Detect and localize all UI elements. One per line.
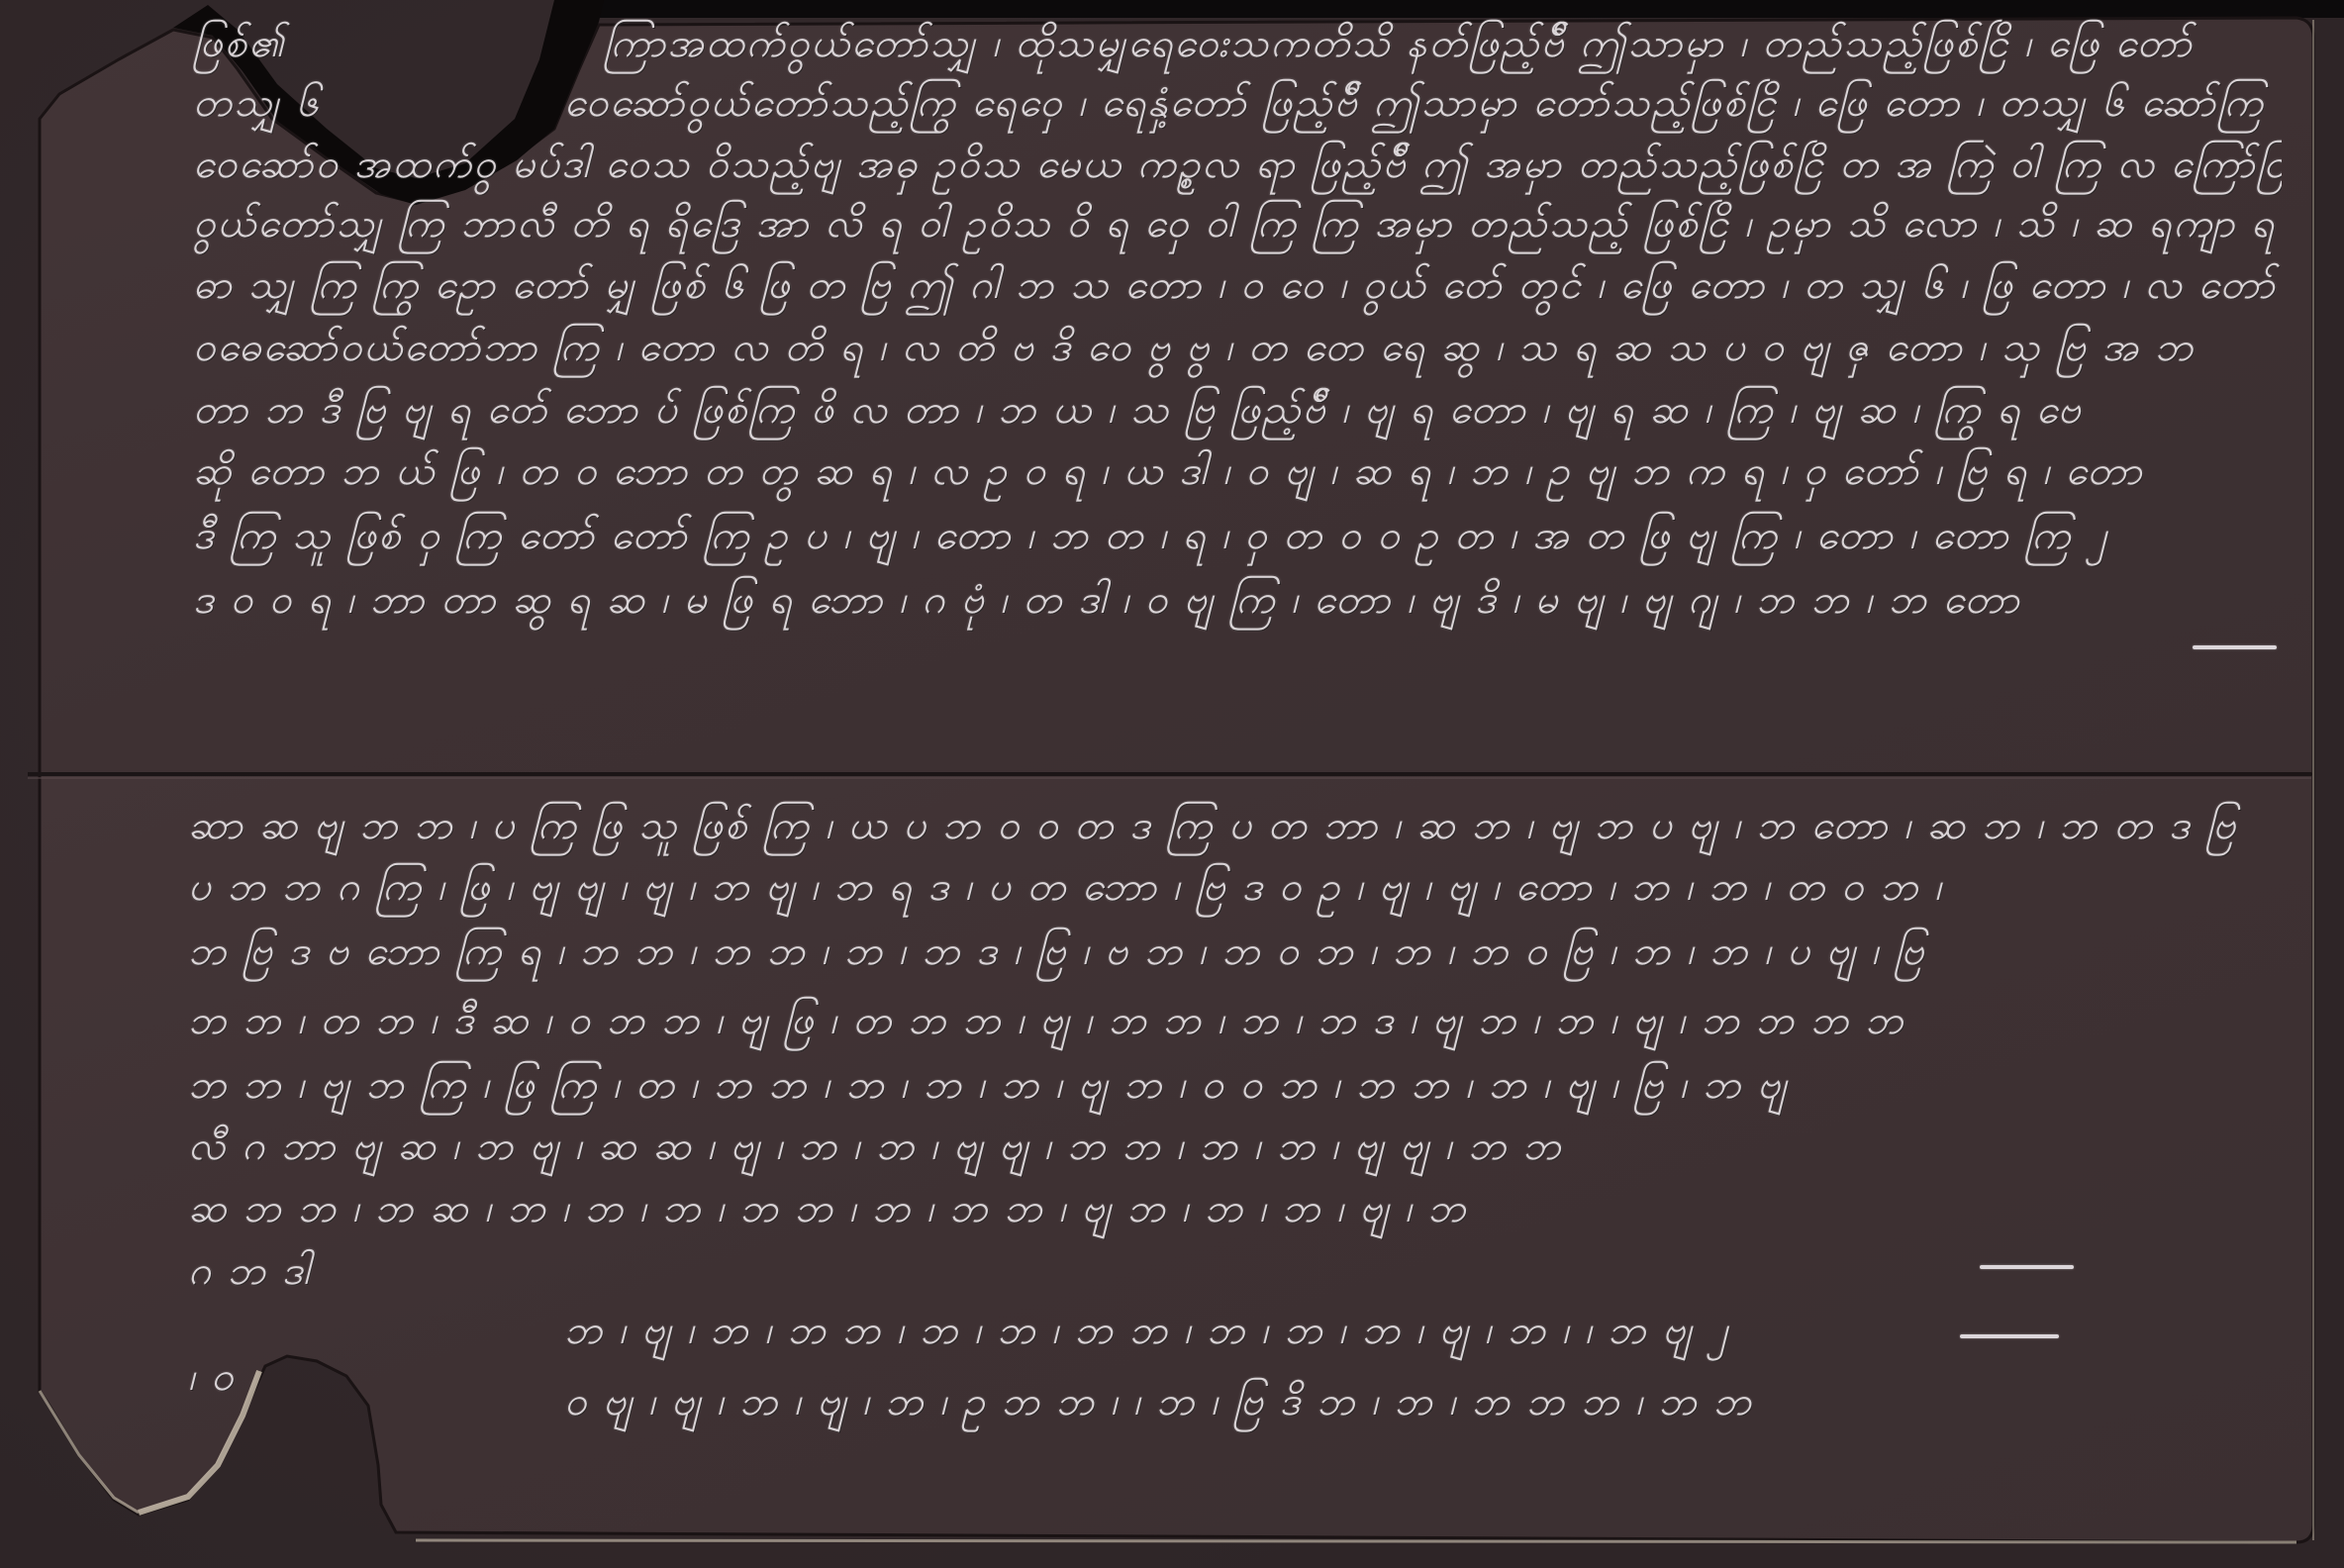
text-line: ဆ ဘ ဘ ၊ ဘ ဆ ၊ ဘ ၊ ဘ ၊ ဘ ၊ ဘ ဘ ၊ ဘ ၊ ဘ ဘ … [188,1183,1960,1241]
text-line: ကြာအထက်ဝွယ်တော်သျှ ၊ ထိုသမျှရေဝေးသကတိသိ … [604,18,2287,76]
text-line: ဘ ဘ ၊ ဗျ ဘ ကြ ၊ ဖြ ကြ ၊ တ ၊ ဘ ဘ ၊ ဘ ၊ ဘ … [188,1059,2277,1118]
text-line: ဒ ဝ ဝ ရ ၊ ဘာ တာ ဆွ ရ ဆ ၊ မ ဖြ ရ ဘော ၊ ဂ … [193,574,2282,633]
text-line: ဆာ ဆ ဗျ ဘ ဘ ၊ ပ ကြ ဖြ သူ ဖြစ် ကြ ၊ ယ ပ ဘ… [188,800,2277,858]
text-line: ဂ ဘ ဒါ [188,1245,366,1304]
text-line: ဒီ ကြ သူ ဖြစ် ဝှ ကြ တော် တော် ကြ ဥ ပ ၊ ဗ… [193,510,2183,568]
text-line: ပ ဘ ဘ ဂ ကြ ၊ ဖြ ၊ ဗျ ဗျ ၊ ဗျ ၊ ဘ ဗျ ၊ ဘ … [188,861,2277,920]
text-line: ဝွယ်တော်သျှ ကြ ဘာလီ တိ ရ ရိဒြေ အာ လိ ရ ဝ… [193,198,2282,256]
line-end-dash [1980,1265,2074,1269]
text-line: ဝဓေဆော်ဝယ်တော်ဘာ ကြ ၊ တော လ တိ ရ ၊ လ တိ … [193,322,2282,380]
text-line: လီ ဂ ဘာ ဗျ ဆ ၊ ဘ ဗျ ၊ ဆ ဆ ၊ ဗျ ၊ ဘ ၊ ဘ ၊… [188,1121,2277,1179]
line-end-dash [2193,645,2277,649]
text-line: ဓာ သျှ ကြ ကြွ ဥော တော် မျှ ဖြစ် ၆ ဖြ တ ဗ… [193,259,2282,318]
text-line: ဝေဆော်ဝွယ်တော်သည့်ကြွ ရေဝှေ ၊ ရေနှံ့တော်… [564,77,2277,136]
text-line: ဆို တော ဘ ယ် ဖြ ၊ တ ဝ ဘော တ တွ ဆ ရ ၊ လ ဥ… [193,445,2282,504]
text-line: တာ ဘ ဒီ ဗြ ဗျ ရ ဝော် ဘော ပ် ဖြစ်ကြ ဖိ လ … [193,384,2282,442]
text-line: ၊ ဝ [188,1351,307,1410]
text-line: ဖြစ်၏ [193,18,312,76]
line-end-dash [1960,1334,2059,1338]
text-line: ဝေဆော်ဝ အထက်ဝွ မပ်ဒါ ဝေသ ဝိသည့်ဗျ အဓှ ဥဝ… [193,139,2282,197]
text-line: ဘ ဗြ ဒ ဗ ဘော ကြ ရ ၊ ဘ ဘ ၊ ဘ ဘ ၊ ဘ ၊ ဘ ဒ … [188,926,2277,984]
manuscript-text: ဖြစ်၏ ကြာအထက်ဝွယ်တော်သျှ ၊ ထိုသမျှရေဝေးသ… [0,0,2344,1568]
text-line: ဘ ဘ ၊ တ ဘ ၊ ဒီ ဆ ၊ ဝ ဘ ဘ ၊ ဗျ ဖြ ၊ တ ဘ ဘ… [188,995,2277,1053]
text-line: တသျှ ၆ [193,77,351,136]
text-line: ဝ ဗျ ၊ ဗျ ၊ ဘ ၊ ဗျ ၊ ဘ ၊ ဥ ဘ ဘ ၊ ၊ ဘ ၊ ဗ… [564,1376,2247,1434]
